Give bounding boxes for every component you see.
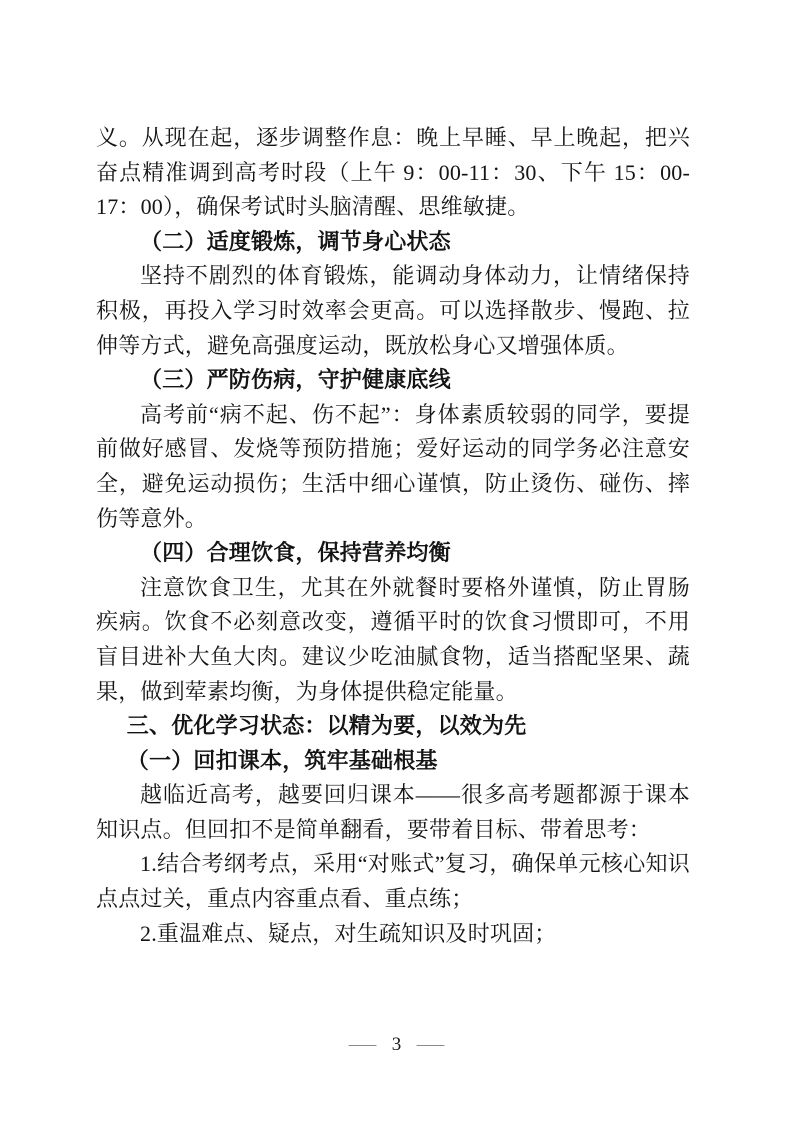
paragraph-list-item-2: 2.重温难点、疑点，对生疏知识及时巩固； [96,917,690,952]
section-heading-3: 三、优化学习状态：以精为要，以效为先 [96,709,690,744]
document-body: 义。从现在起，逐步调整作息：晚上早睡、早上晚起，把兴奋点精准调到高考时段（上午 … [96,121,690,951]
page-number-value: 3 [392,1033,402,1057]
subsection-heading-4: （四）合理饮食，保持营养均衡 [96,536,690,571]
paragraph-textbook-review: 越临近高考，越要回归课本——很多高考题都源于课本知识点。但回扣不是简单翻看，要带… [96,778,690,847]
page-number: — 3 — [0,1033,793,1057]
paragraph-continuation: 义。从现在起，逐步调整作息：晚上早睡、早上晚起，把兴奋点精准调到高考时段（上午 … [96,121,690,225]
paragraph-list-item-1: 1.结合考纲考点，采用“对账式”复习，确保单元核心知识点点过关，重点内容重点看、… [96,847,690,916]
subsection-heading-1: （一）回扣课本，筑牢基础根基 [96,744,690,779]
page-number-dash-right: — [417,1033,445,1057]
page-number-dash-left: — [349,1033,377,1057]
page: 义。从现在起，逐步调整作息：晚上早睡、早上晚起，把兴奋点精准调到高考时段（上午 … [0,0,793,1122]
paragraph-injury-prevention: 高考前“病不起、伤不起”：身体素质较弱的同学，要提前做好感冒、发烧等预防措施；爱… [96,398,690,536]
paragraph-diet: 注意饮食卫生，尤其在外就餐时要格外谨慎，防止胃肠疾病。饮食不必刻意改变，遵循平时… [96,571,690,709]
document-page: { "document": { "blocks": [ { "type": "b… [0,0,793,1122]
paragraph-exercise: 坚持不剧烈的体育锻炼，能调动身体动力，让情绪保持积极，再投入学习时效率会更高。可… [96,259,690,363]
subsection-heading-2: （二）适度锻炼，调节身心状态 [96,225,690,260]
subsection-heading-3: （三）严防伤病，守护健康底线 [96,363,690,398]
